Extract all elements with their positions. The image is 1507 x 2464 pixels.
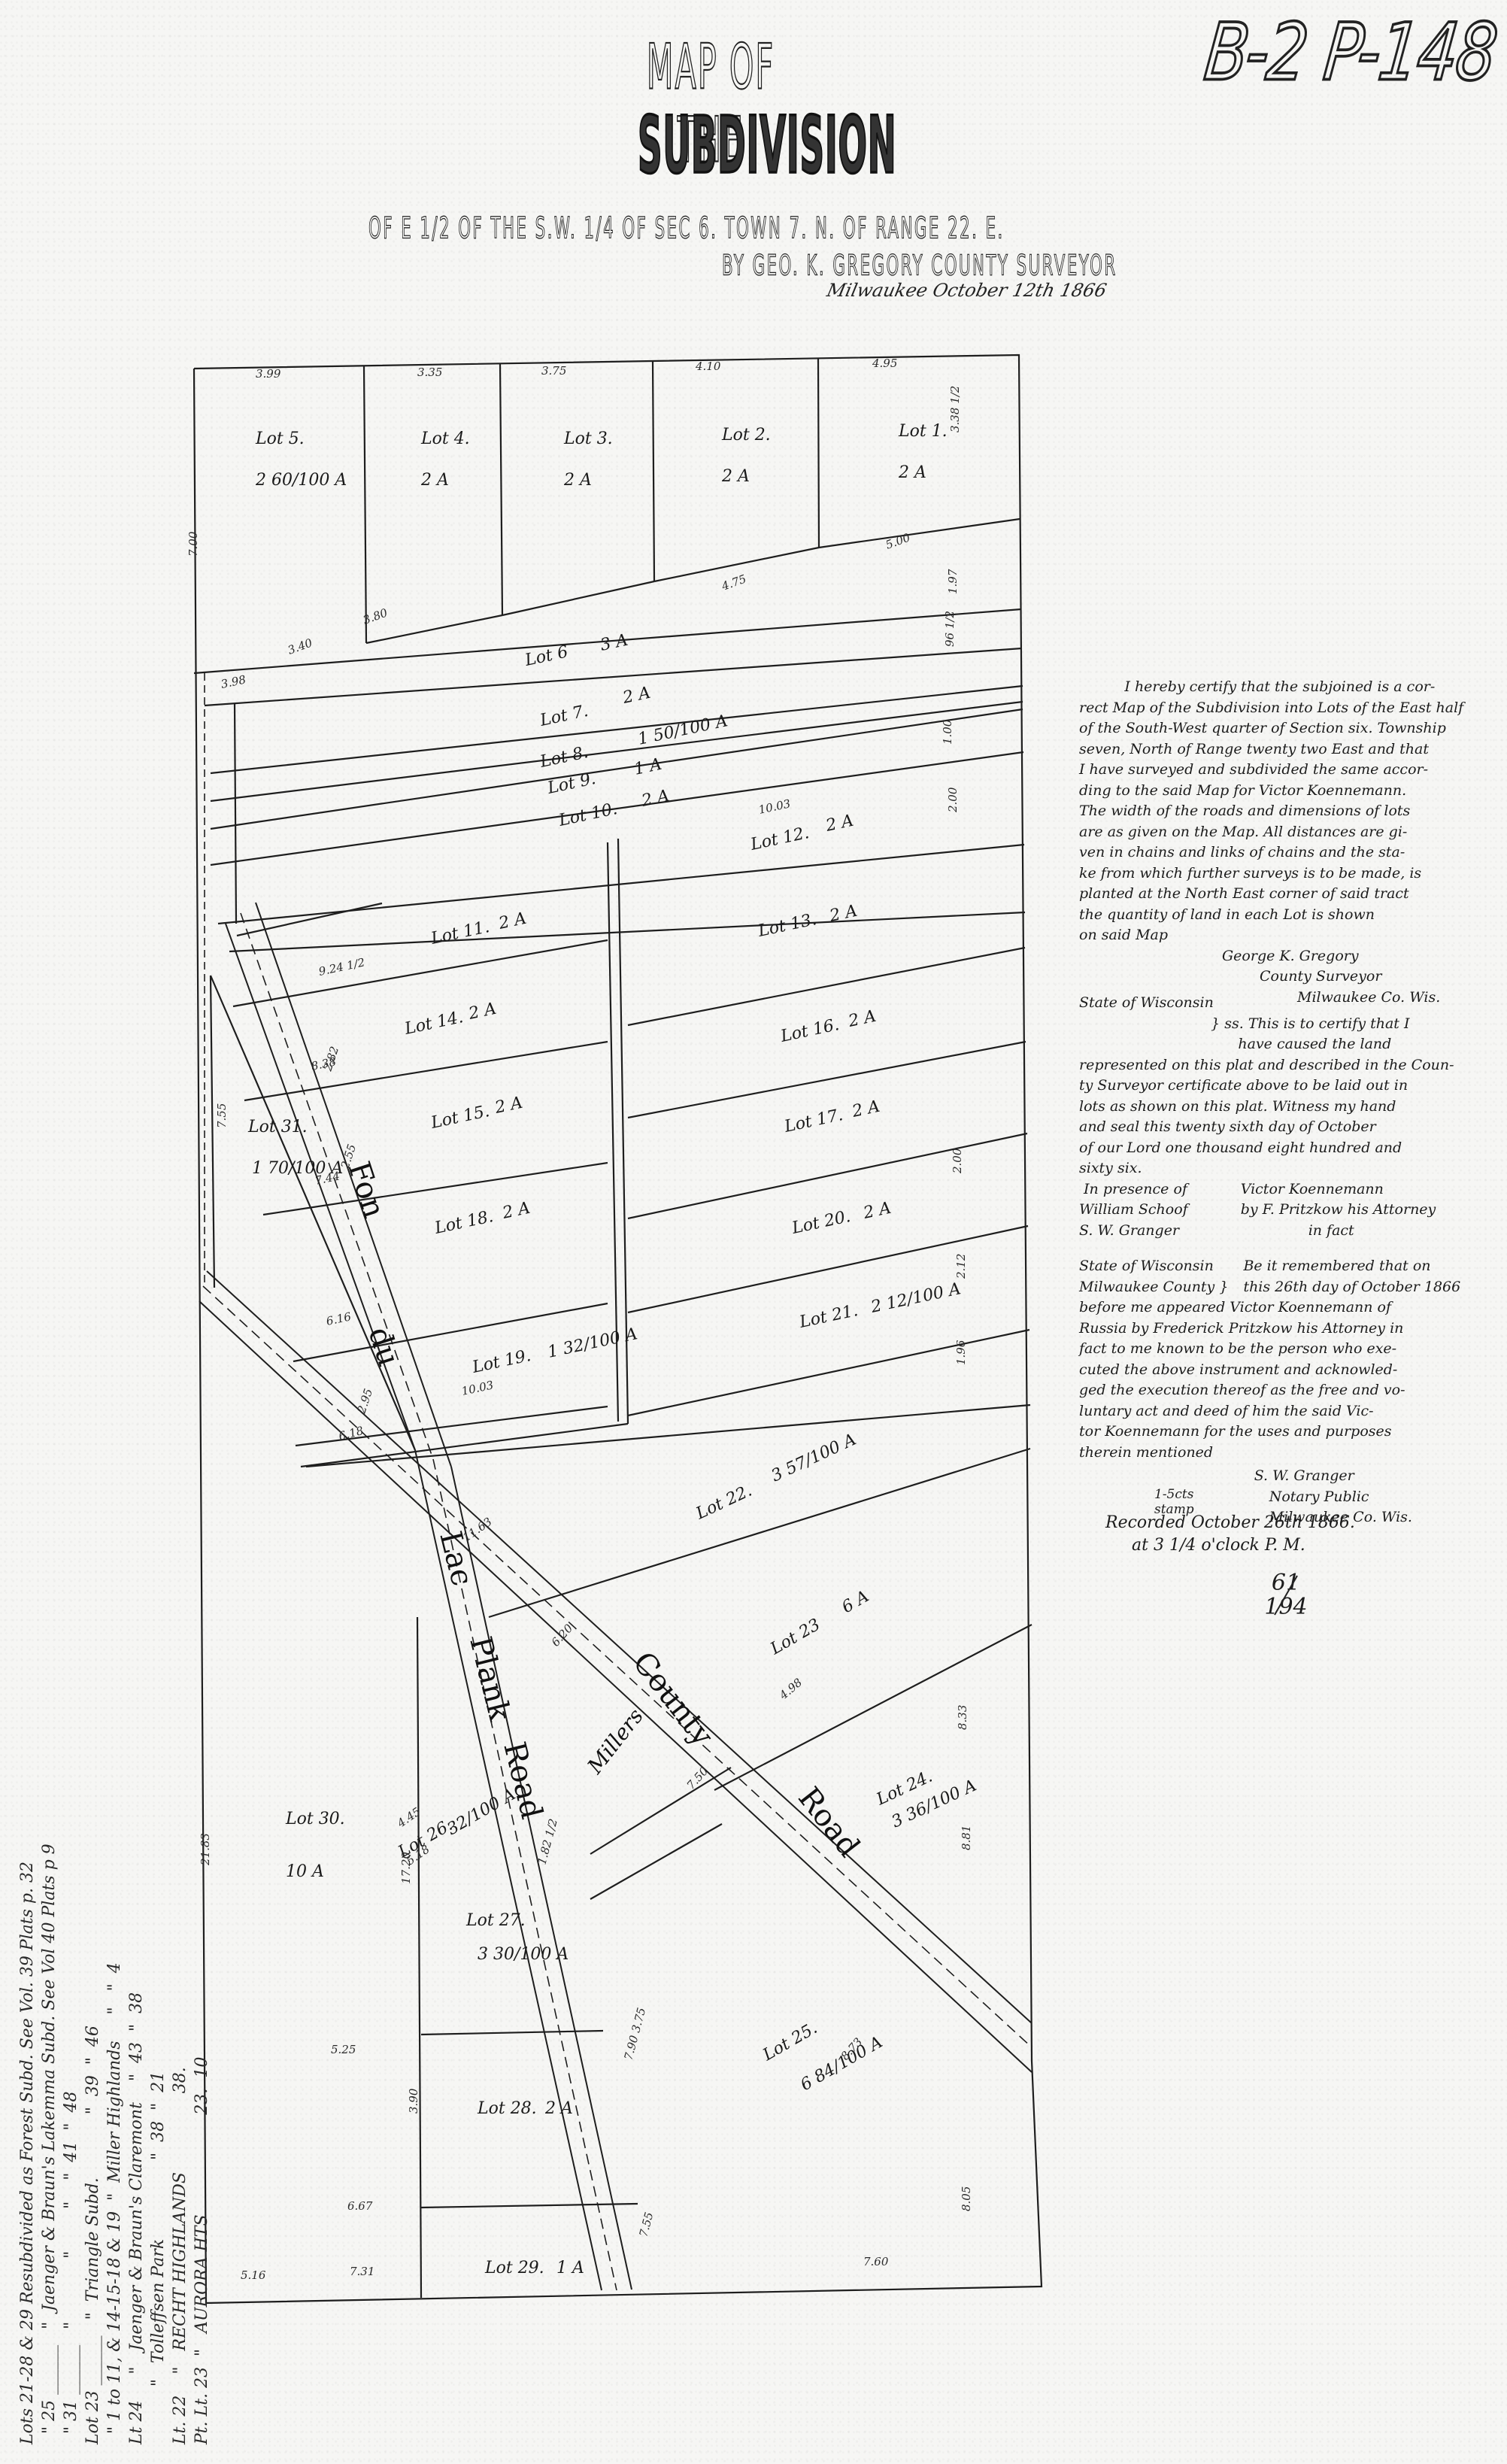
lot-area-15: 2 A (493, 1094, 524, 1118)
lot-label-1: Lot 1. (898, 422, 948, 441)
dimension-label: 5.25 (331, 2043, 356, 2056)
certificate-line: seven, North of Range twenty two East an… (1079, 739, 1463, 760)
dimension-label: 17.20 (399, 1852, 413, 1884)
lot-label-21: Lot 21. (797, 1301, 860, 1332)
lot-area-27: 3 30/100 A (478, 1945, 569, 1964)
dimension-label: 4.95 (872, 357, 897, 370)
lot-area-2: 2 A (721, 467, 750, 486)
lot-area-5: 2 60/100 A (255, 471, 347, 490)
certificate-line: fact to me known to be the person who ex… (1079, 1339, 1460, 1360)
certificate-line: this 26th day of October 1866 (1243, 1277, 1460, 1298)
certificate-line: are as given on the Map. All distances a… (1079, 822, 1463, 843)
owner-attorney: by F. Pritzkow his Attorney (1241, 1200, 1436, 1221)
lot-label-18: Lot 18. (432, 1207, 495, 1238)
fraction-denominator: 194 (1256, 1595, 1316, 1620)
dimension-label: 9.24 1/2 (317, 955, 366, 979)
certificate-line: } ss. This is to certify that I (1079, 1014, 1454, 1035)
road-label-county: County (626, 1646, 720, 1753)
certificate-line: I hereby certify that the subjoined is a… (1079, 677, 1463, 698)
dimension-label: 8.81 (960, 1825, 973, 1850)
notary-venue-county: Milwaukee County } (1079, 1277, 1228, 1298)
lot-label-8: Lot 8. (538, 743, 590, 772)
certificate-line: ty Surveyor certificate above to be laid… (1079, 1076, 1454, 1097)
lot-area-10: 2 A (639, 787, 671, 811)
certificate-line: of the South-West quarter of Section six… (1079, 718, 1463, 739)
recording-note: Recorded October 26th 1866. at 3 1/4 o'c… (1105, 1512, 1355, 1620)
certificate-line: The width of the roads and dimensions of… (1079, 801, 1463, 822)
lot-area-23: 6 A (839, 1587, 872, 1617)
margin-note-line: Lt 24 " Jaenger & Braun's Claremont " 43… (126, 1783, 147, 2444)
recorded-date: Recorded October 26th 1866. (1105, 1512, 1355, 1534)
dimension-label: 3.75 (541, 364, 566, 378)
lot-label-30: Lot 30. (285, 1810, 345, 1828)
dimension-label: 3.99 (256, 367, 281, 381)
certificate-line: therein mentioned (1079, 1443, 1460, 1464)
road-label-plank: Plank (462, 1633, 517, 1725)
road-label-road-plank: Road (496, 1738, 549, 1822)
lot-label-28: Lot 28. (477, 2099, 537, 2118)
dimension-label: 10.03 (757, 797, 792, 817)
margin-note-line: Lot 23 ______ " Triangle Subd. " 39 " 46 (82, 1783, 104, 2444)
dimension-label: 2.95 (354, 1387, 375, 1416)
lot-area-22: 3 57/100 A (769, 1431, 859, 1486)
lot-label-19: Lot 19. (470, 1346, 532, 1377)
dimension-label: 3.35 (417, 366, 442, 379)
road-label-road-county: Road (791, 1781, 866, 1864)
lot-area-19: 1 32/100 A (546, 1325, 639, 1362)
certificate-line: planted at the North East corner of said… (1079, 884, 1463, 905)
lot-label-31: Lot 31. (247, 1118, 308, 1136)
owner-certificate: State of Wisconsin } ss. This is to cert… (1079, 993, 1454, 1241)
dimension-label: 3.90 (407, 2088, 420, 2114)
certificate-line: Russia by Frederick Pritzkow his Attorne… (1079, 1318, 1460, 1340)
lot-area-25: 6 84/100 A (798, 2033, 887, 2095)
dimension-label: 7.90 3.75 (621, 2006, 648, 2062)
lot-area-17: 2 A (850, 1097, 881, 1121)
dimension-label: 96 1/2 (943, 611, 957, 647)
dimension-label: 2.12 (954, 1254, 968, 1279)
witness-1: William Schoof (1079, 1200, 1188, 1221)
dimension-label: 7.60 (863, 2255, 889, 2268)
recorded-time: at 3 1/4 o'clock P. M. (1105, 1534, 1355, 1557)
lot-label-3: Lot 3. (563, 429, 613, 448)
margin-note-line: Lots 21-28 & 29 Resubdivided as Forest S… (17, 1783, 38, 2444)
dimension-label: 1.00 (941, 719, 954, 745)
lot-label-16: Lot 16. (778, 1015, 841, 1046)
lot-label-12: Lot 12. (748, 824, 811, 854)
lot-area-9: 1 A (632, 755, 663, 779)
certificate-line: ged the execution thereof as the free an… (1079, 1380, 1460, 1401)
book-page-fraction: 61 194 (1256, 1570, 1316, 1620)
certificate-line: lots as shown on this plat. Witness my h… (1079, 1097, 1454, 1118)
dimension-label: 6.67 (347, 2199, 373, 2213)
dimension-label: 7.31 (350, 2265, 374, 2278)
road-label-fon: Fon (341, 1158, 391, 1222)
owner-venue: State of Wisconsin (1079, 993, 1454, 1014)
lot-label-2: Lot 2. (721, 426, 771, 445)
notary-opening: Be it remembered that onthis 26th day of… (1243, 1256, 1460, 1297)
dimension-label: 8.33 (956, 1705, 969, 1730)
dimension-label: 10.03 (460, 1378, 495, 1398)
dimension-label: 5.00 (884, 530, 912, 551)
certificate-line: ke from which further surveys is to be m… (1079, 863, 1463, 885)
certificate-line: and seal this twenty sixth day of Octobe… (1079, 1117, 1454, 1138)
lot-area-26: 32/100 A (444, 1785, 519, 1839)
notary-certificate-text: before me appeared Victor Koennemann ofR… (1079, 1297, 1460, 1463)
dimension-label: 5.16 (241, 2268, 266, 2282)
lot-label-27: Lot 27. (465, 1911, 526, 1930)
owner-capacity: in fact (1241, 1221, 1436, 1242)
lot-area-21: 2 12/100 A (869, 1279, 963, 1317)
lot-area-13: 2 A (827, 902, 859, 926)
dimension-label: 3.98 (220, 672, 247, 691)
road-label-du: du (361, 1323, 406, 1370)
dimension-label: 7.00 (186, 531, 200, 557)
certificate-line: ding to the said Map for Victor Koennema… (1079, 781, 1463, 802)
notary-signature: S. W. Granger (1254, 1466, 1412, 1487)
witness-label: In presence of (1079, 1179, 1188, 1200)
dimension-label: 8.05 (960, 2186, 973, 2211)
dimension-label: 7.50 (684, 1764, 711, 1792)
lot-label-9: Lot 9. (545, 769, 597, 798)
owner-certificate-text: } ss. This is to certify that I have cau… (1079, 1014, 1454, 1179)
lot-label-23: Lot 23 (767, 1616, 823, 1659)
dimension-label: 6.18 (337, 1424, 365, 1443)
dimension-label: 1.97 (946, 569, 960, 594)
dimension-label: 2.00 (946, 787, 960, 813)
dimension-label: 2.00 (951, 1148, 964, 1174)
lot-label-4: Lot 4. (420, 429, 470, 448)
dimension-label: 4.75 (719, 572, 747, 593)
road-labels: Fon du Lac Plank Road County Road Miller… (341, 1158, 866, 1864)
lot-label-7: Lot 7. (538, 702, 590, 730)
lot-label-15: Lot 15. (429, 1102, 491, 1133)
lot-label-29: Lot 29. (484, 2259, 544, 2277)
margin-note-line: Pt. Lt. 23 " AURORA HTS 23. 10 (191, 1783, 213, 2444)
notary-venue-state: State of Wisconsin (1079, 1256, 1228, 1277)
dimension-label: 3.40 (286, 636, 314, 657)
certificate-line: rect Map of the Subdivision into Lots of… (1079, 698, 1463, 719)
surveyor-title: County Surveyor (1079, 966, 1463, 988)
certificate-line: represented on this plat and described i… (1079, 1055, 1454, 1076)
lot-area-3: 2 A (563, 471, 592, 490)
lot-area-4: 2 A (420, 471, 449, 490)
witness-2: S. W. Granger (1079, 1221, 1188, 1242)
surveyor-signature: George K. Gregory (1079, 946, 1463, 967)
margin-resubdivision-notes: Lots 21-28 & 29 Resubdivided as Forest S… (17, 1783, 213, 2444)
dimension-label: 1.82 1/2 (535, 1817, 560, 1866)
margin-note-line: " Tolleffsen Park " 38 " 21 (147, 1783, 169, 2444)
dimension-label: 3.38 1/2 (948, 386, 962, 432)
certificate-line: Be it remembered that on (1243, 1256, 1460, 1277)
lot-label-5: Lot 5. (255, 429, 305, 448)
lot-area-30: 10 A (286, 1862, 324, 1881)
certificate-line: of our Lord one thousand eight hundred a… (1079, 1138, 1454, 1159)
lot-area-12: 2 A (823, 812, 855, 836)
lot-label-10: Lot 10. (556, 800, 619, 830)
lot-label-22: Lot 22. (693, 1482, 755, 1524)
lot-area-6: 3 A (599, 631, 629, 655)
certificate-line: luntary act and deed of him the said Vic… (1079, 1401, 1460, 1422)
lot-label-14: Lot 14. (402, 1008, 465, 1039)
lot-label-11: Lot 11. (429, 918, 491, 948)
dimension-label: 1.96 (954, 1340, 968, 1365)
surveyor-certificate: I hereby certify that the subjoined is a… (1079, 677, 1463, 1008)
lot-area-7: 2 A (620, 684, 652, 708)
lot-area-20: 2 A (861, 1199, 893, 1223)
certificate-line: ven in chains and links of chains and th… (1079, 842, 1463, 863)
lot-label-17: Lot 17. (782, 1106, 844, 1136)
certificate-line: before me appeared Victor Koennemann of (1079, 1297, 1460, 1318)
margin-note-line: Lt. 22 " RECHT HIGHLANDS 38. (169, 1783, 191, 2444)
certificate-line: I have surveyed and subdivided the same … (1079, 760, 1463, 781)
lot-area-16: 2 A (846, 1007, 878, 1031)
lot-area-1: 2 A (898, 463, 926, 482)
lot-label-25: Lot 25. (760, 2019, 821, 2065)
lot-area-28: 2 A (544, 2099, 573, 2118)
lot-area-29: 1 A (556, 2259, 584, 2277)
lot-area-11: 2 A (496, 909, 528, 933)
owner-name: Victor Koennemann (1241, 1179, 1436, 1200)
certificate-line: have caused the land (1079, 1034, 1454, 1055)
notary-certificate: State of Wisconsin Milwaukee County } Be… (1079, 1256, 1460, 1528)
surveyor-certificate-text: I hereby certify that the subjoined is a… (1079, 677, 1463, 946)
lot-label-13: Lot 13. (756, 910, 818, 941)
lot-area-18: 2 A (500, 1199, 532, 1223)
dimension-label: 4.98 (776, 1676, 805, 1703)
margin-note-line: " 1 to 11, & 14-15-18 & 19 " Miller High… (104, 1783, 126, 2444)
certificate-line: tor Koennemann for the uses and purposes (1079, 1422, 1460, 1443)
margin-note-line: " 31 ______ " " " " 41 " 48 (60, 1783, 82, 2444)
certificate-line: on said Map (1079, 925, 1463, 946)
dimension-label: 6.16 (325, 1309, 353, 1328)
notary-title: Notary Public (1254, 1487, 1412, 1508)
dimension-label: 2.82 (320, 1045, 341, 1073)
margin-note-line: " 25 ______ " Jaenger & Braun's Lakemma … (38, 1783, 60, 2444)
dimension-label: 7.55 (636, 2211, 656, 2238)
certificate-line: the quantity of land in each Lot is show… (1079, 905, 1463, 926)
certificate-line: sixty six. (1079, 1158, 1454, 1179)
dimension-label: 4.10 (695, 360, 721, 373)
dimension-label: 7.55 (215, 1103, 229, 1128)
lot-label-20: Lot 20. (790, 1207, 852, 1238)
road-label-millers: Millers (582, 1704, 648, 1779)
certificate-line: cuted the above instrument and acknowled… (1079, 1360, 1460, 1381)
lot-area-14: 2 A (466, 1000, 498, 1024)
